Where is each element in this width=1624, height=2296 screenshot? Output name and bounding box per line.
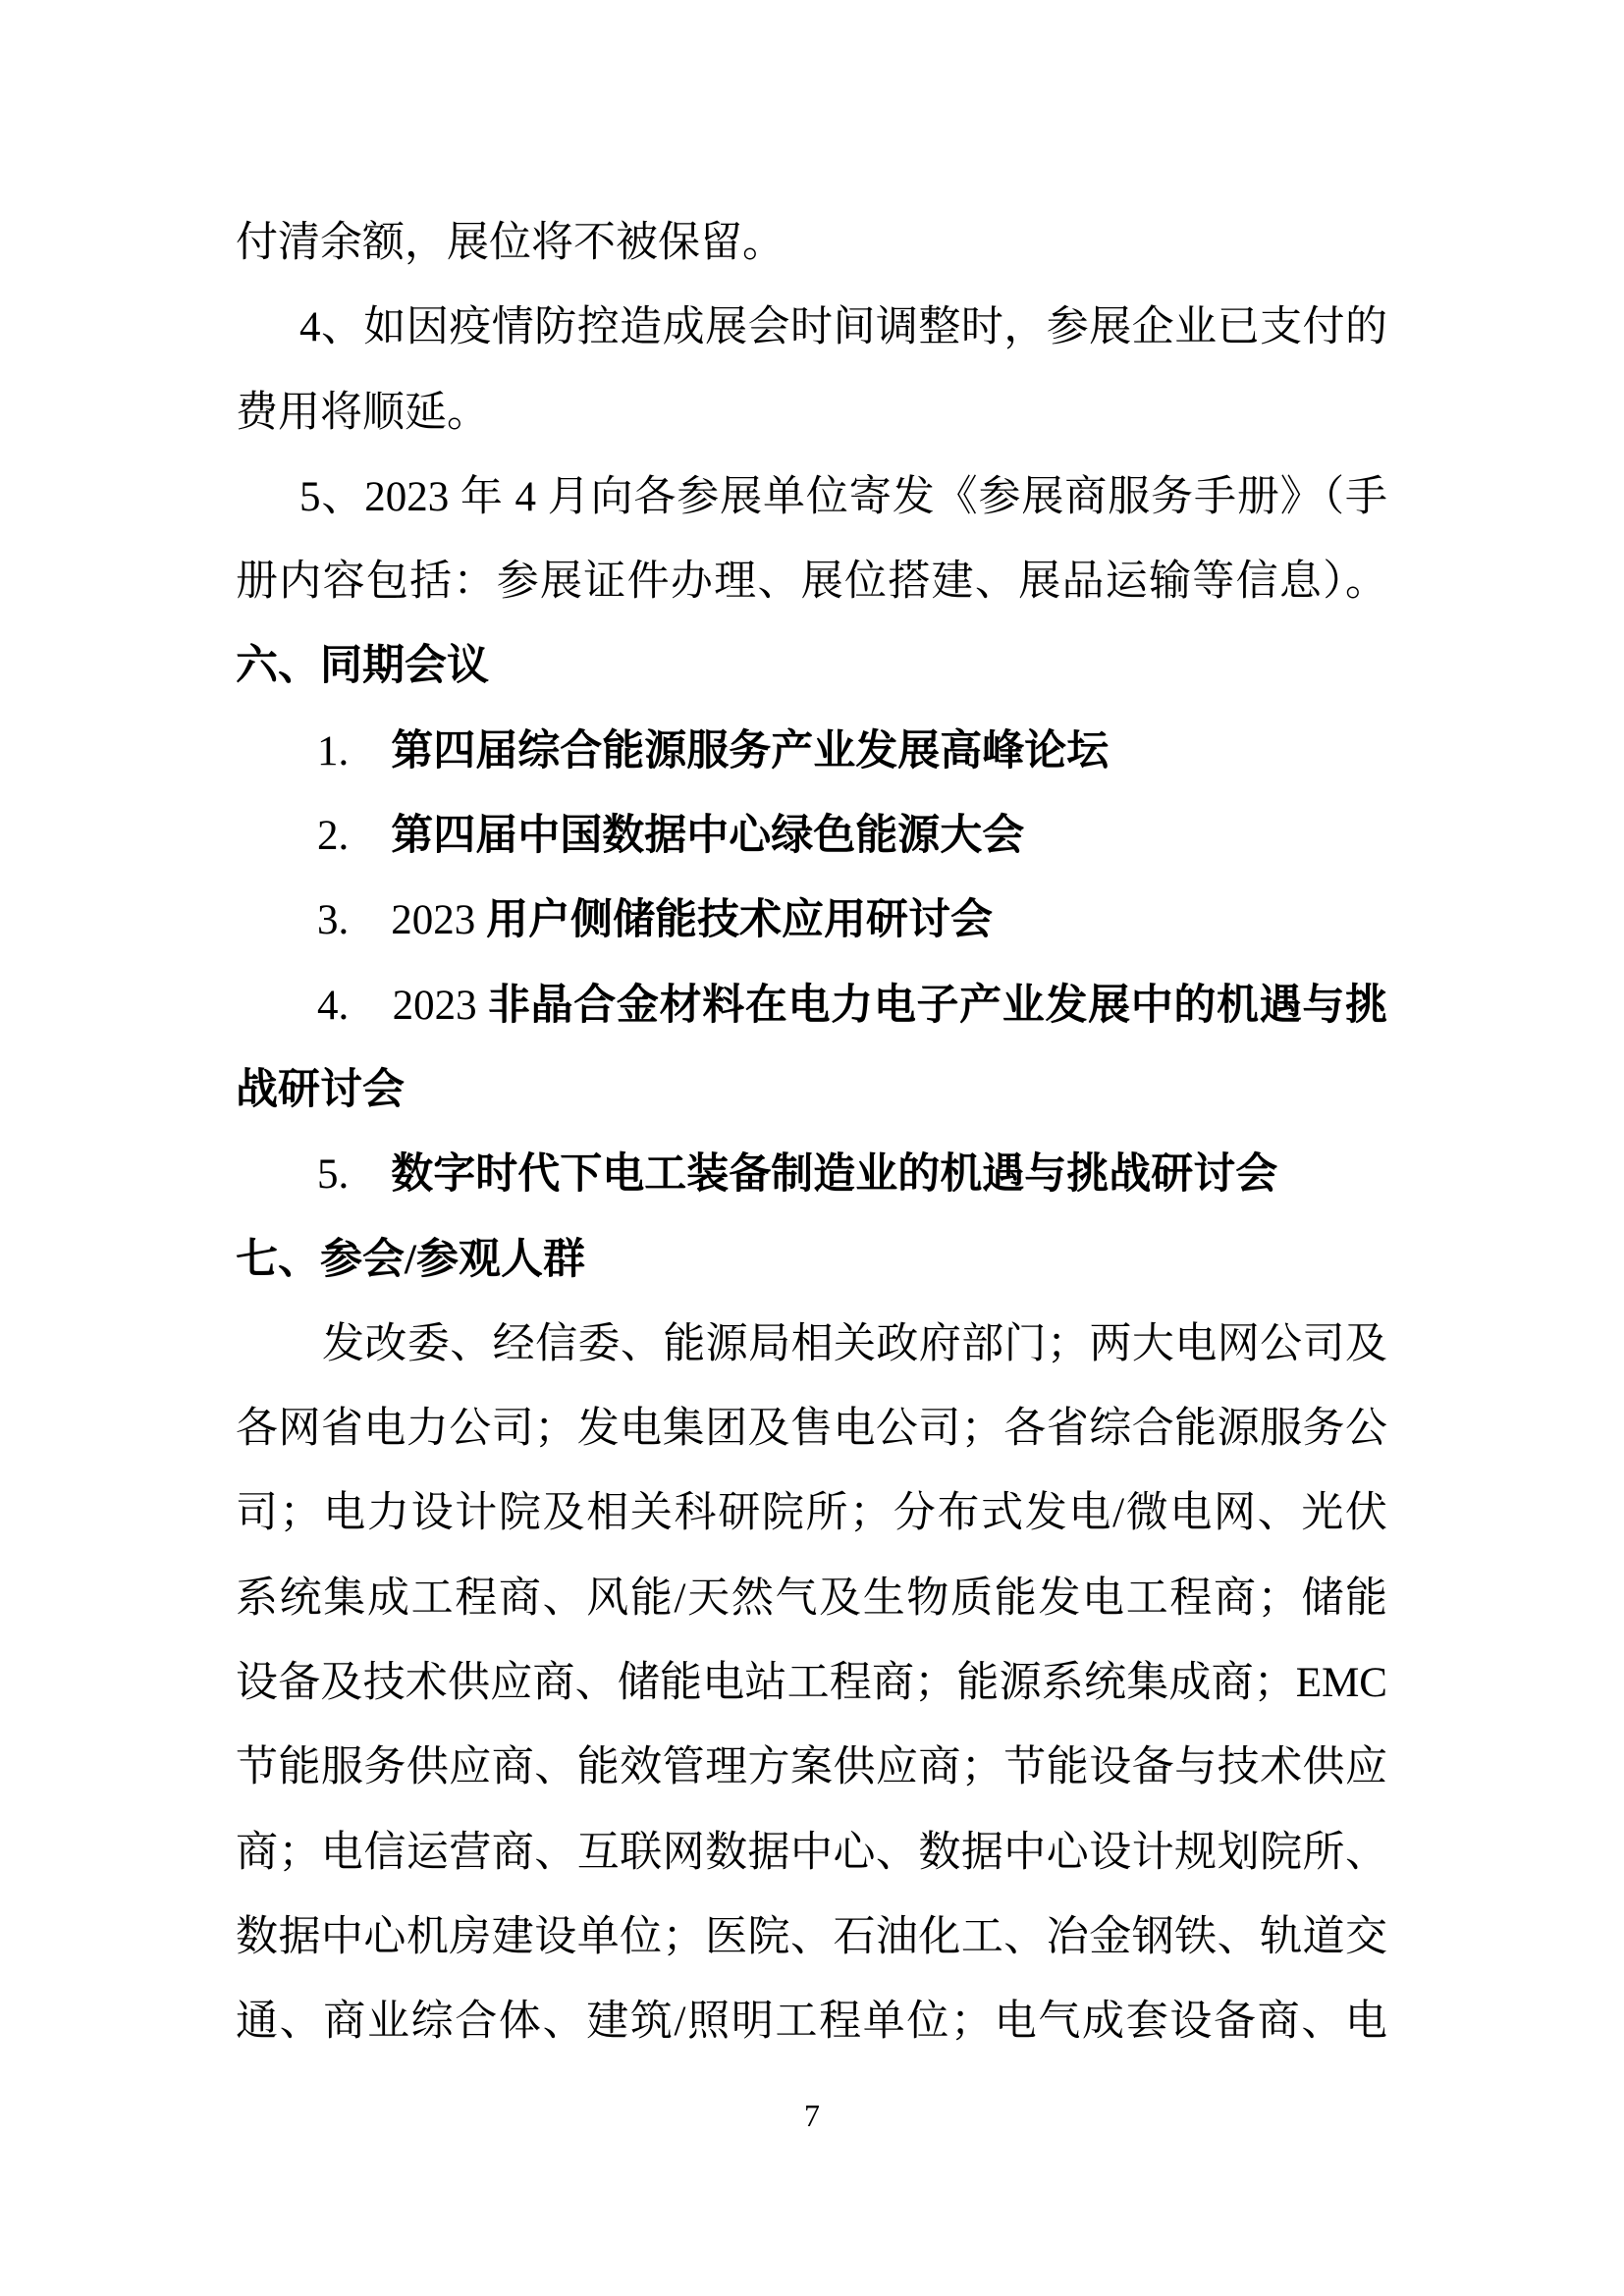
text-line: 各网省电力公司；发电集团及售电公司；各省综合能源服务公 (236, 1387, 1387, 1471)
text-line: 数据中心机房建设单位；医院、石油化工、冶金钢铁、轨道交 (236, 1896, 1387, 1980)
line-segment (349, 897, 391, 943)
text-line: 商；电信运营商、互联网数据中心、数据中心设计规划院所、 (236, 1811, 1387, 1896)
line-segment: 2023 (391, 897, 486, 943)
text-line: 付清余额，展位将不被保留。 (236, 201, 1387, 286)
text-line: 4. 2023 非晶合金材料在电力电子产业发展中的机遇与挑 (236, 964, 1387, 1048)
line-segment: 1. (317, 728, 349, 774)
text-line: 六、同期会议 (236, 624, 1387, 709)
line-segment (349, 983, 392, 1029)
line-segment: 数字时代下电工装备制造业的机遇与挑战研讨会 (391, 1151, 1277, 1198)
line-segment: 通、商业综合体、建筑/照明工程单位；电气成套设备商、电 (236, 1999, 1387, 2045)
line-segment: 司；电力设计院及相关科研院所；分布式发电/微电网、光伏 (236, 1490, 1387, 1536)
text-line: 发改委、经信委、能源局相关政府部门；两大电网公司及 (236, 1303, 1387, 1387)
line-segment: 3. (317, 897, 349, 943)
text-line: 设备及技术供应商、储能电站工程商；能源系统集成商；EMC (236, 1641, 1387, 1726)
line-segment: 费用将顺延。 (236, 390, 489, 436)
line-segment: 5、2023 年 4 月向各参展单位寄发《参展商服务手册》（手 (299, 474, 1387, 520)
text-line: 节能服务供应商、能效管理方案供应商；节能设备与技术供应 (236, 1726, 1387, 1810)
line-segment: 数据中心机房建设单位；医院、石油化工、冶金钢铁、轨道交 (236, 1914, 1387, 1960)
text-line: 费用将顺延。 (236, 371, 1387, 455)
line-segment: 非晶合金材料在电力电子产业发展中的机遇与挑 (488, 983, 1387, 1029)
line-segment: 付清余额，展位将不被保留。 (236, 220, 785, 266)
line-segment: 第四届综合能源服务产业发展高峰论坛 (391, 728, 1109, 774)
text-line: 1. 第四届综合能源服务产业发展高峰论坛 (236, 710, 1387, 794)
line-segment: 节能服务供应商、能效管理方案供应商；节能设备与技术供应 (236, 1744, 1387, 1790)
text-line: 七、参会/参观人群 (236, 1218, 1387, 1303)
line-segment: 七、参会/参观人群 (236, 1237, 585, 1283)
text-line: 4、如因疫情防控造成展会时间调整时，参展企业已支付的 (236, 286, 1387, 370)
line-segment: 2023 (393, 983, 488, 1029)
line-segment: 各网省电力公司；发电集团及售电公司；各省综合能源服务公 (236, 1406, 1387, 1452)
line-segment: 2. (317, 813, 349, 859)
line-segment (349, 813, 391, 859)
text-line: 册内容包括：参展证件办理、展位搭建、展品运输等信息）。 (236, 540, 1387, 624)
line-segment: 发改委、经信委、能源局相关政府部门；两大电网公司及 (322, 1321, 1387, 1367)
line-segment: 商；电信运营商、互联网数据中心、数据中心设计规划院所、 (236, 1830, 1387, 1876)
line-segment: 4. (317, 983, 349, 1029)
document-text-block: 付清余额，展位将不被保留。4、如因疫情防控造成展会时间调整时，参展企业已支付的费… (236, 201, 1387, 2065)
line-segment: 设备及技术供应商、储能电站工程商；能源系统集成商；EMC (236, 1660, 1387, 1706)
text-line: 系统集成工程商、风能/天然气及生物质能发电工程商；储能 (236, 1557, 1387, 1641)
line-segment: 5. (317, 1151, 349, 1198)
line-segment (349, 1151, 391, 1198)
line-segment: 第四届中国数据中心绿色能源大会 (391, 813, 1024, 859)
line-segment: 用户侧储能技术应用研讨会 (486, 897, 993, 943)
line-segment: 六、同期会议 (236, 643, 489, 689)
text-line: 5、2023 年 4 月向各参展单位寄发《参展商服务手册》（手 (236, 455, 1387, 540)
line-segment: 4、如因疫情防控造成展会时间调整时，参展企业已支付的 (299, 304, 1387, 350)
line-segment (349, 728, 391, 774)
text-line: 5. 数字时代下电工装备制造业的机遇与挑战研讨会 (236, 1133, 1387, 1217)
line-segment: 战研讨会 (236, 1067, 405, 1113)
text-line: 司；电力设计院及相关科研院所；分布式发电/微电网、光伏 (236, 1471, 1387, 1556)
document-page: 付清余额，展位将不被保留。4、如因疫情防控造成展会时间调整时，参展企业已支付的费… (0, 0, 1624, 2296)
text-line: 2. 第四届中国数据中心绿色能源大会 (236, 794, 1387, 879)
text-line: 战研讨会 (236, 1048, 1387, 1133)
text-line: 3. 2023 用户侧储能技术应用研讨会 (236, 879, 1387, 963)
page-number: 7 (0, 2094, 1624, 2137)
line-segment: 系统集成工程商、风能/天然气及生物质能发电工程商；储能 (236, 1575, 1387, 1622)
text-line: 通、商业综合体、建筑/照明工程单位；电气成套设备商、电 (236, 1980, 1387, 2064)
line-segment: 册内容包括：参展证件办理、展位搭建、展品运输等信息）。 (236, 559, 1387, 605)
